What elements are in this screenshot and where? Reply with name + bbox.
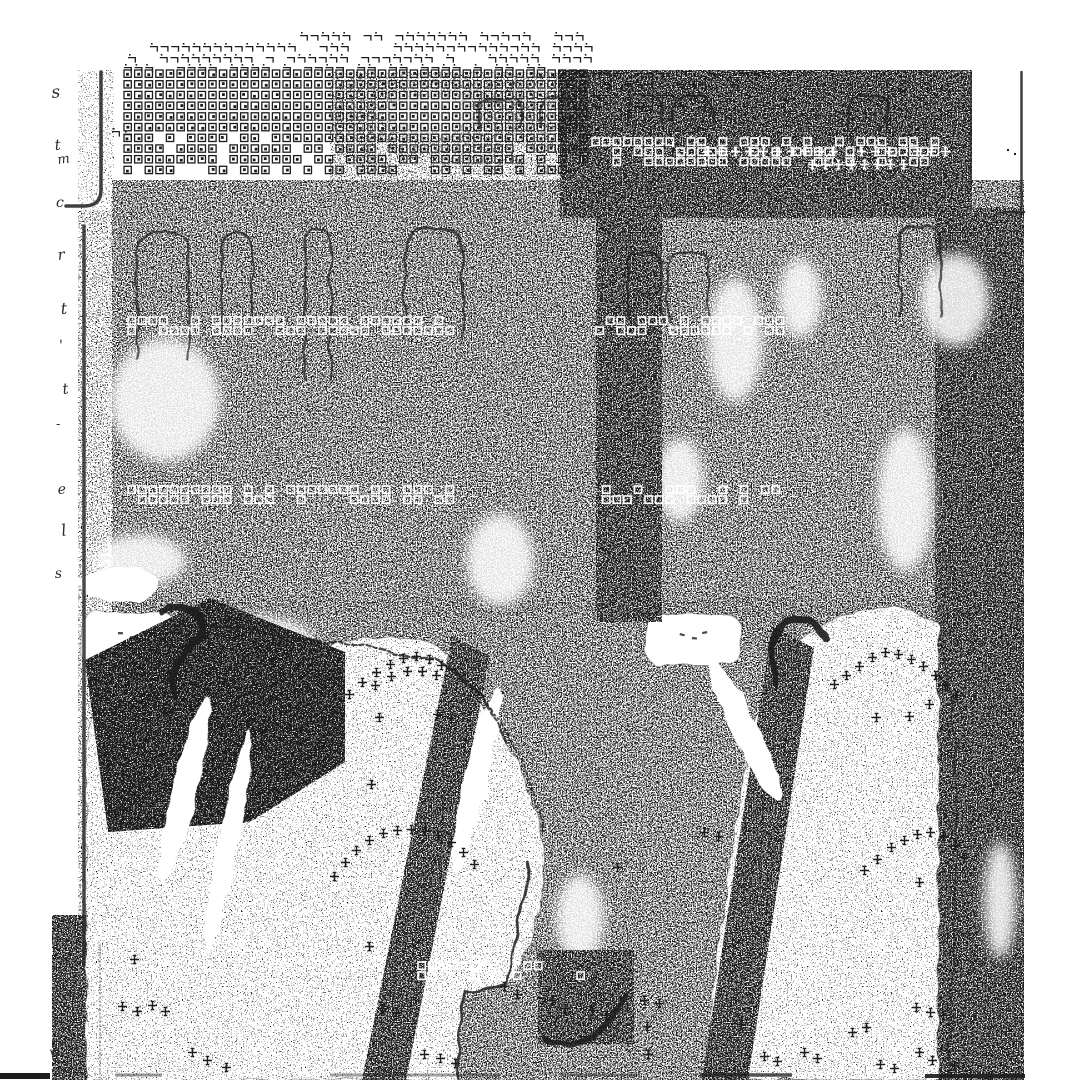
square-glyph-dot bbox=[391, 169, 394, 172]
corner-glyph bbox=[329, 58, 336, 63]
square-glyph-dot bbox=[435, 82, 438, 85]
square-glyph-dot bbox=[476, 159, 479, 162]
square-glyph-dot bbox=[285, 84, 288, 87]
square-glyph-dot bbox=[328, 83, 331, 86]
square-glyph-dot bbox=[232, 147, 235, 150]
corner-glyph-dot bbox=[231, 64, 233, 66]
square-glyph-dot bbox=[126, 84, 129, 87]
corner-glyph-dot bbox=[511, 54, 513, 56]
square-glyph-dot bbox=[412, 148, 415, 151]
corner-glyph bbox=[223, 58, 230, 63]
corner-glyph bbox=[203, 47, 210, 52]
corner-glyph-dot bbox=[125, 64, 127, 66]
square-glyph-dot bbox=[233, 126, 236, 129]
square-glyph-dot bbox=[168, 159, 171, 162]
square-glyph-dot bbox=[488, 83, 491, 86]
corner-glyph bbox=[426, 47, 433, 52]
square-glyph-dot bbox=[200, 104, 203, 107]
square-glyph-dot bbox=[583, 114, 586, 117]
square-glyph-dot bbox=[242, 115, 245, 118]
corner-glyph-dot bbox=[278, 43, 280, 45]
square-glyph-dot bbox=[582, 94, 585, 97]
square-glyph-dot bbox=[147, 73, 150, 76]
square-glyph-dot bbox=[539, 125, 542, 128]
square-glyph-dot bbox=[402, 138, 405, 141]
square-glyph-dot bbox=[497, 168, 500, 171]
corner-glyph-dot bbox=[395, 43, 397, 45]
square-glyph-dot bbox=[148, 127, 151, 130]
square-glyph-dot bbox=[148, 147, 151, 150]
corner-glyph-dot bbox=[635, 103, 637, 105]
square-glyph-dot bbox=[254, 105, 257, 108]
square-glyph-dot bbox=[530, 104, 533, 107]
corner-glyph-dot bbox=[125, 131, 127, 133]
square-glyph-dot bbox=[360, 169, 363, 172]
corner-glyph bbox=[563, 58, 570, 63]
square-glyph-dot bbox=[275, 126, 278, 129]
square-glyph-dot bbox=[360, 136, 363, 139]
light-patch bbox=[877, 428, 933, 572]
square-glyph-dot bbox=[317, 84, 320, 87]
light-patch bbox=[984, 842, 1016, 958]
square-glyph-dot bbox=[465, 158, 468, 161]
square-glyph-dot bbox=[126, 170, 129, 173]
square-glyph-dot bbox=[274, 105, 277, 108]
square-glyph-dot bbox=[201, 157, 204, 160]
corner-glyph-dot bbox=[407, 32, 409, 34]
corner-glyph-dot bbox=[422, 64, 424, 66]
square-glyph-dot bbox=[488, 169, 491, 172]
square-glyph-dot bbox=[530, 72, 533, 75]
square-glyph-dot bbox=[200, 94, 203, 97]
square-glyph-dot bbox=[382, 169, 385, 172]
square-glyph-dot bbox=[508, 147, 511, 150]
corner-glyph-dot bbox=[242, 64, 244, 66]
square-glyph-dot bbox=[414, 157, 417, 160]
square-glyph-dot bbox=[243, 168, 246, 171]
square-glyph-dot bbox=[456, 137, 459, 140]
square-glyph-dot bbox=[223, 73, 226, 76]
square-glyph-dot bbox=[265, 94, 268, 97]
corner-glyph-dot bbox=[458, 43, 460, 45]
square-glyph-dot bbox=[476, 72, 479, 75]
square-glyph-dot bbox=[179, 93, 182, 96]
square-glyph-dot bbox=[583, 82, 586, 85]
square-glyph-dot bbox=[126, 115, 129, 118]
square-glyph-dot bbox=[168, 104, 171, 107]
square-glyph-dot bbox=[445, 157, 448, 160]
square-glyph-dot bbox=[190, 157, 193, 160]
square-glyph-dot bbox=[413, 72, 416, 75]
square-glyph-dot bbox=[391, 73, 394, 76]
square-glyph-dot bbox=[169, 95, 172, 98]
square-glyph-dot bbox=[573, 94, 576, 97]
square-glyph-dot bbox=[476, 94, 479, 97]
corner-glyph-dot bbox=[678, 81, 680, 83]
square-glyph-dot bbox=[551, 83, 554, 86]
square-glyph-dot bbox=[253, 159, 256, 162]
square-glyph-dot bbox=[540, 147, 543, 150]
corner-glyph-dot bbox=[341, 54, 343, 56]
square-glyph-dot bbox=[497, 147, 500, 150]
square-glyph-dot bbox=[170, 169, 173, 172]
square-glyph-dot bbox=[465, 95, 468, 98]
square-glyph-dot bbox=[338, 93, 341, 96]
square-glyph-dot bbox=[137, 73, 140, 76]
corner-glyph-dot bbox=[426, 54, 428, 56]
square-glyph-dot bbox=[444, 106, 447, 109]
corner-glyph-dot bbox=[183, 43, 185, 45]
margin-scribble-letter: ' bbox=[59, 338, 63, 354]
square-glyph-dot bbox=[306, 115, 309, 118]
square-glyph-dot bbox=[433, 170, 436, 173]
corner-glyph bbox=[576, 36, 583, 41]
square-glyph-dot bbox=[433, 136, 436, 139]
corner-glyph bbox=[512, 36, 519, 41]
square-glyph-dot bbox=[551, 115, 554, 118]
square-glyph-dot bbox=[296, 84, 299, 87]
corner-glyph bbox=[585, 47, 592, 52]
square-glyph-dot bbox=[391, 147, 394, 150]
square-glyph-dot bbox=[519, 136, 522, 139]
corner-glyph-dot bbox=[268, 43, 270, 45]
square-glyph-dot bbox=[487, 148, 490, 151]
corner-glyph bbox=[427, 36, 434, 41]
square-glyph-dot bbox=[520, 114, 523, 117]
corner-glyph bbox=[340, 58, 347, 63]
square-glyph-dot bbox=[540, 169, 543, 172]
corner-glyph bbox=[342, 36, 349, 41]
corner-glyph-dot bbox=[553, 54, 555, 56]
corner-glyph-dot bbox=[501, 43, 503, 45]
square-glyph-dot bbox=[201, 127, 204, 130]
square-glyph-dot bbox=[264, 148, 267, 151]
square-glyph-dot bbox=[274, 136, 277, 139]
square-glyph-dot bbox=[370, 148, 373, 151]
corner-glyph bbox=[552, 58, 559, 63]
corner-glyph bbox=[500, 47, 507, 52]
corner-glyph bbox=[479, 47, 486, 52]
square-glyph-dot bbox=[264, 116, 267, 119]
square-glyph-dot bbox=[212, 115, 215, 118]
corner-glyph-dot bbox=[585, 54, 587, 56]
square-glyph-dot bbox=[158, 158, 161, 161]
corner-glyph-dot bbox=[575, 43, 577, 45]
corner-glyph-dot bbox=[521, 54, 523, 56]
margin-scribble-letter: e bbox=[57, 481, 66, 498]
square-glyph-dot bbox=[498, 115, 501, 118]
square-glyph-dot bbox=[380, 138, 383, 141]
square-glyph-dot bbox=[275, 73, 278, 76]
square-glyph-dot bbox=[391, 115, 394, 118]
square-glyph-dot bbox=[306, 84, 309, 87]
square-glyph-dot bbox=[348, 158, 351, 161]
corner-glyph-dot bbox=[301, 32, 303, 34]
square-glyph-dot bbox=[190, 94, 193, 97]
square-glyph-dot bbox=[339, 136, 342, 139]
corner-glyph-dot bbox=[752, 70, 754, 72]
corner-glyph-dot bbox=[480, 43, 482, 45]
square-glyph-dot bbox=[296, 158, 299, 161]
square-glyph-dot bbox=[391, 137, 394, 140]
corner-glyph bbox=[574, 47, 581, 52]
corner-glyph bbox=[554, 36, 561, 41]
margin-scribble-letter: r bbox=[57, 245, 67, 264]
square-glyph-dot bbox=[539, 94, 542, 97]
square-glyph-dot bbox=[403, 127, 406, 130]
square-glyph-dot bbox=[359, 127, 362, 130]
corner-glyph bbox=[213, 58, 220, 63]
corner-glyph bbox=[181, 58, 188, 63]
square-glyph-dot bbox=[529, 127, 532, 130]
square-glyph-dot bbox=[253, 137, 256, 140]
square-glyph-dot bbox=[466, 83, 469, 86]
square-glyph-dot bbox=[306, 147, 309, 150]
corner-glyph-dot bbox=[418, 32, 420, 34]
square-glyph-dot bbox=[508, 73, 511, 76]
corner-glyph-dot bbox=[593, 92, 595, 94]
corner-glyph-dot bbox=[443, 64, 445, 66]
square-glyph-dot bbox=[486, 157, 489, 160]
corner-glyph bbox=[214, 47, 221, 52]
corner-glyph bbox=[245, 47, 252, 52]
square-glyph-dot bbox=[434, 94, 437, 97]
square-glyph-dot bbox=[264, 157, 267, 160]
corner-glyph bbox=[298, 58, 305, 63]
corner-glyph bbox=[393, 58, 400, 63]
square-glyph-dot bbox=[147, 105, 150, 108]
square-glyph-dot bbox=[138, 83, 141, 86]
square-glyph-dot bbox=[286, 127, 289, 130]
square-glyph-dot bbox=[190, 82, 193, 85]
square-glyph-dot bbox=[487, 138, 490, 141]
corner-glyph-dot bbox=[284, 64, 286, 66]
square-glyph-dot bbox=[157, 127, 160, 130]
corner-glyph bbox=[128, 58, 135, 63]
square-glyph-dot bbox=[191, 104, 194, 107]
light-patch bbox=[707, 278, 763, 402]
square-glyph-dot bbox=[454, 93, 457, 96]
square-glyph-dot bbox=[180, 83, 183, 86]
corner-glyph bbox=[361, 58, 368, 63]
artwork-canvas: stmcrt't-elsw bbox=[0, 0, 1080, 1080]
square-glyph-dot bbox=[518, 126, 521, 129]
square-glyph-dot bbox=[295, 104, 298, 107]
square-glyph-dot bbox=[572, 127, 575, 130]
square-glyph-dot bbox=[465, 127, 468, 130]
square-glyph-dot bbox=[307, 169, 310, 172]
corner-glyph-dot bbox=[193, 43, 195, 45]
square-glyph-dot bbox=[519, 83, 522, 86]
margin-scribble-letter: t bbox=[60, 299, 68, 318]
corner-glyph-dot bbox=[490, 43, 492, 45]
square-glyph-dot bbox=[573, 105, 576, 108]
corner-glyph-dot bbox=[763, 70, 765, 72]
square-glyph-dot bbox=[350, 84, 353, 87]
square-glyph-dot bbox=[402, 94, 405, 97]
corner-glyph bbox=[436, 47, 443, 52]
square-glyph-dot bbox=[433, 115, 436, 118]
corner-glyph-dot bbox=[299, 54, 301, 56]
square-glyph-dot bbox=[423, 127, 426, 130]
square-glyph-dot bbox=[550, 168, 553, 171]
square-glyph-dot bbox=[223, 169, 226, 172]
square-glyph-dot bbox=[328, 159, 331, 162]
square-glyph-dot bbox=[540, 116, 543, 119]
square-glyph-dot bbox=[275, 83, 278, 86]
margin-scribble-letter: l bbox=[60, 520, 68, 540]
square-glyph-dot bbox=[371, 72, 374, 75]
corner-glyph bbox=[417, 36, 424, 41]
corner-glyph-dot bbox=[252, 64, 254, 66]
square-glyph-dot bbox=[244, 105, 247, 108]
corner-glyph-dot bbox=[113, 128, 115, 130]
corner-glyph-dot bbox=[439, 32, 441, 34]
corner-glyph-dot bbox=[225, 43, 227, 45]
corner-glyph-dot bbox=[564, 54, 566, 56]
corner-glyph-dot bbox=[447, 54, 449, 56]
square-glyph-dot bbox=[370, 125, 373, 128]
square-glyph-dot bbox=[254, 170, 257, 173]
square-glyph-dot bbox=[211, 126, 214, 129]
square-glyph-dot bbox=[349, 72, 352, 75]
square-glyph-dot bbox=[242, 93, 245, 96]
square-glyph-dot bbox=[286, 72, 289, 75]
square-glyph-dot bbox=[371, 94, 374, 97]
corner-glyph bbox=[563, 47, 570, 52]
square-glyph-dot bbox=[244, 126, 247, 129]
square-glyph-dot bbox=[445, 168, 448, 171]
corner-glyph-dot bbox=[688, 81, 690, 83]
square-glyph-dot bbox=[359, 158, 362, 161]
corner-glyph-dot bbox=[604, 70, 606, 72]
square-glyph-dot bbox=[233, 116, 236, 119]
square-glyph-dot bbox=[497, 83, 500, 86]
corner-glyph bbox=[202, 58, 209, 63]
square-glyph-dot bbox=[465, 72, 468, 75]
square-glyph-dot bbox=[159, 168, 162, 171]
square-glyph-dot bbox=[147, 114, 150, 117]
corner-glyph-dot bbox=[257, 43, 259, 45]
square-glyph-dot bbox=[127, 148, 130, 151]
square-glyph-dot bbox=[350, 115, 353, 118]
corner-glyph-dot bbox=[390, 64, 392, 66]
corner-glyph-dot bbox=[507, 64, 509, 66]
square-glyph-dot bbox=[254, 115, 257, 118]
corner-glyph-dot bbox=[415, 54, 417, 56]
square-glyph-dot bbox=[222, 115, 225, 118]
square-glyph-dot bbox=[212, 73, 215, 76]
light-patch bbox=[778, 258, 822, 338]
corner-glyph-dot bbox=[489, 54, 491, 56]
corner-glyph-dot bbox=[326, 64, 328, 66]
square-glyph-dot bbox=[295, 73, 298, 76]
corner-glyph-dot bbox=[330, 54, 332, 56]
square-glyph-dot bbox=[435, 72, 438, 75]
square-glyph-dot bbox=[147, 158, 150, 161]
corner-glyph-dot bbox=[625, 81, 627, 83]
square-glyph-dot bbox=[561, 94, 564, 97]
square-glyph-dot bbox=[392, 104, 395, 107]
square-glyph-dot bbox=[295, 137, 298, 140]
square-glyph-dot bbox=[168, 136, 171, 139]
square-glyph-dot bbox=[126, 158, 129, 161]
corner-glyph-dot bbox=[146, 64, 148, 66]
corner-glyph-dot bbox=[532, 54, 534, 56]
square-glyph-dot bbox=[455, 159, 458, 162]
square-glyph-dot bbox=[276, 93, 279, 96]
corner-glyph bbox=[192, 47, 199, 52]
corner-glyph bbox=[308, 58, 315, 63]
square-glyph-dot bbox=[359, 83, 362, 86]
square-glyph-dot bbox=[274, 148, 277, 151]
corner-glyph bbox=[565, 36, 572, 41]
square-glyph-dot bbox=[497, 94, 500, 97]
square-glyph-dot bbox=[509, 158, 512, 161]
square-glyph-dot bbox=[317, 138, 320, 141]
square-glyph-dot bbox=[339, 148, 342, 151]
square-glyph-dot bbox=[328, 136, 331, 139]
square-glyph-dot bbox=[444, 94, 447, 97]
square-glyph-dot bbox=[561, 168, 564, 171]
corner-glyph-dot bbox=[182, 54, 184, 56]
corner-glyph-dot bbox=[699, 92, 701, 94]
corner-glyph bbox=[532, 47, 539, 52]
corner-glyph bbox=[266, 58, 273, 63]
square-glyph-dot bbox=[329, 114, 332, 117]
square-glyph-dot bbox=[275, 116, 278, 119]
square-glyph-dot bbox=[180, 148, 183, 151]
square-glyph-dot bbox=[180, 159, 183, 162]
corner-glyph-dot bbox=[522, 43, 524, 45]
square-glyph-dot bbox=[486, 95, 489, 98]
square-glyph-dot bbox=[317, 126, 320, 129]
corner-glyph-dot bbox=[333, 32, 335, 34]
square-glyph-dot bbox=[233, 73, 236, 76]
square-glyph-dot bbox=[339, 105, 342, 108]
square-glyph-dot bbox=[412, 125, 415, 128]
square-glyph-dot bbox=[380, 158, 383, 161]
corner-glyph bbox=[468, 47, 475, 52]
square-glyph-dot bbox=[338, 125, 341, 128]
square-glyph-dot bbox=[488, 104, 491, 107]
square-glyph-dot bbox=[540, 83, 543, 86]
square-glyph-dot bbox=[328, 105, 331, 108]
corner-glyph-dot bbox=[481, 32, 483, 34]
square-glyph-dot bbox=[210, 136, 213, 139]
headrest-mark bbox=[692, 637, 697, 640]
square-glyph-dot bbox=[200, 83, 203, 86]
square-glyph-dot bbox=[361, 115, 364, 118]
square-glyph-dot bbox=[359, 73, 362, 76]
square-glyph-dot bbox=[401, 148, 404, 151]
corner-glyph bbox=[438, 36, 445, 41]
square-glyph-dot bbox=[306, 93, 309, 96]
corner-glyph bbox=[395, 36, 402, 41]
square-glyph-dot bbox=[572, 84, 575, 87]
square-glyph-dot bbox=[137, 158, 140, 161]
square-glyph-dot bbox=[286, 93, 289, 96]
corner-glyph bbox=[150, 47, 157, 52]
light-patch bbox=[556, 874, 604, 962]
corner-glyph-dot bbox=[151, 43, 153, 45]
corner-glyph-dot bbox=[678, 103, 680, 105]
corner-glyph-dot bbox=[688, 92, 690, 94]
corner-glyph bbox=[415, 47, 422, 52]
corner-glyph bbox=[160, 58, 167, 63]
square-glyph-dot bbox=[518, 104, 521, 107]
corner-glyph-dot bbox=[358, 64, 360, 66]
